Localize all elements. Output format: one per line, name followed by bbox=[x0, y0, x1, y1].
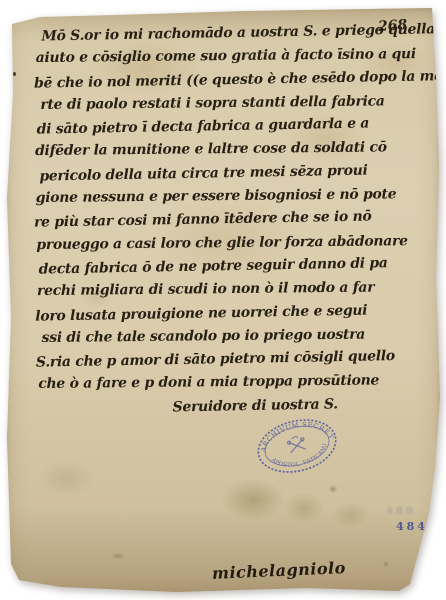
page-shadow: 268 Mō S.or io mi rachomādo a uostra S. … bbox=[6, 8, 440, 595]
letter-text: Mō S.or io mi rachomādo a uostra S. e pr… bbox=[31, 19, 436, 421]
scan-background: { "document": { "folio_number_top": "268… bbox=[0, 0, 446, 600]
ink-dot bbox=[13, 72, 16, 76]
archive-stamp: ARCHIVUM SECRETUM APOSTOL. VATICANUM bbox=[248, 406, 346, 485]
manuscript-page: 268 Mō S.or io mi rachomādo a uostra S. … bbox=[6, 8, 440, 595]
crossed-keys-emblem-icon bbox=[287, 435, 307, 453]
archive-number-stamp: 484 bbox=[396, 520, 428, 533]
signature-michelangelo: michelagniolo bbox=[212, 558, 347, 583]
archive-number-faded: 480 bbox=[386, 506, 416, 517]
